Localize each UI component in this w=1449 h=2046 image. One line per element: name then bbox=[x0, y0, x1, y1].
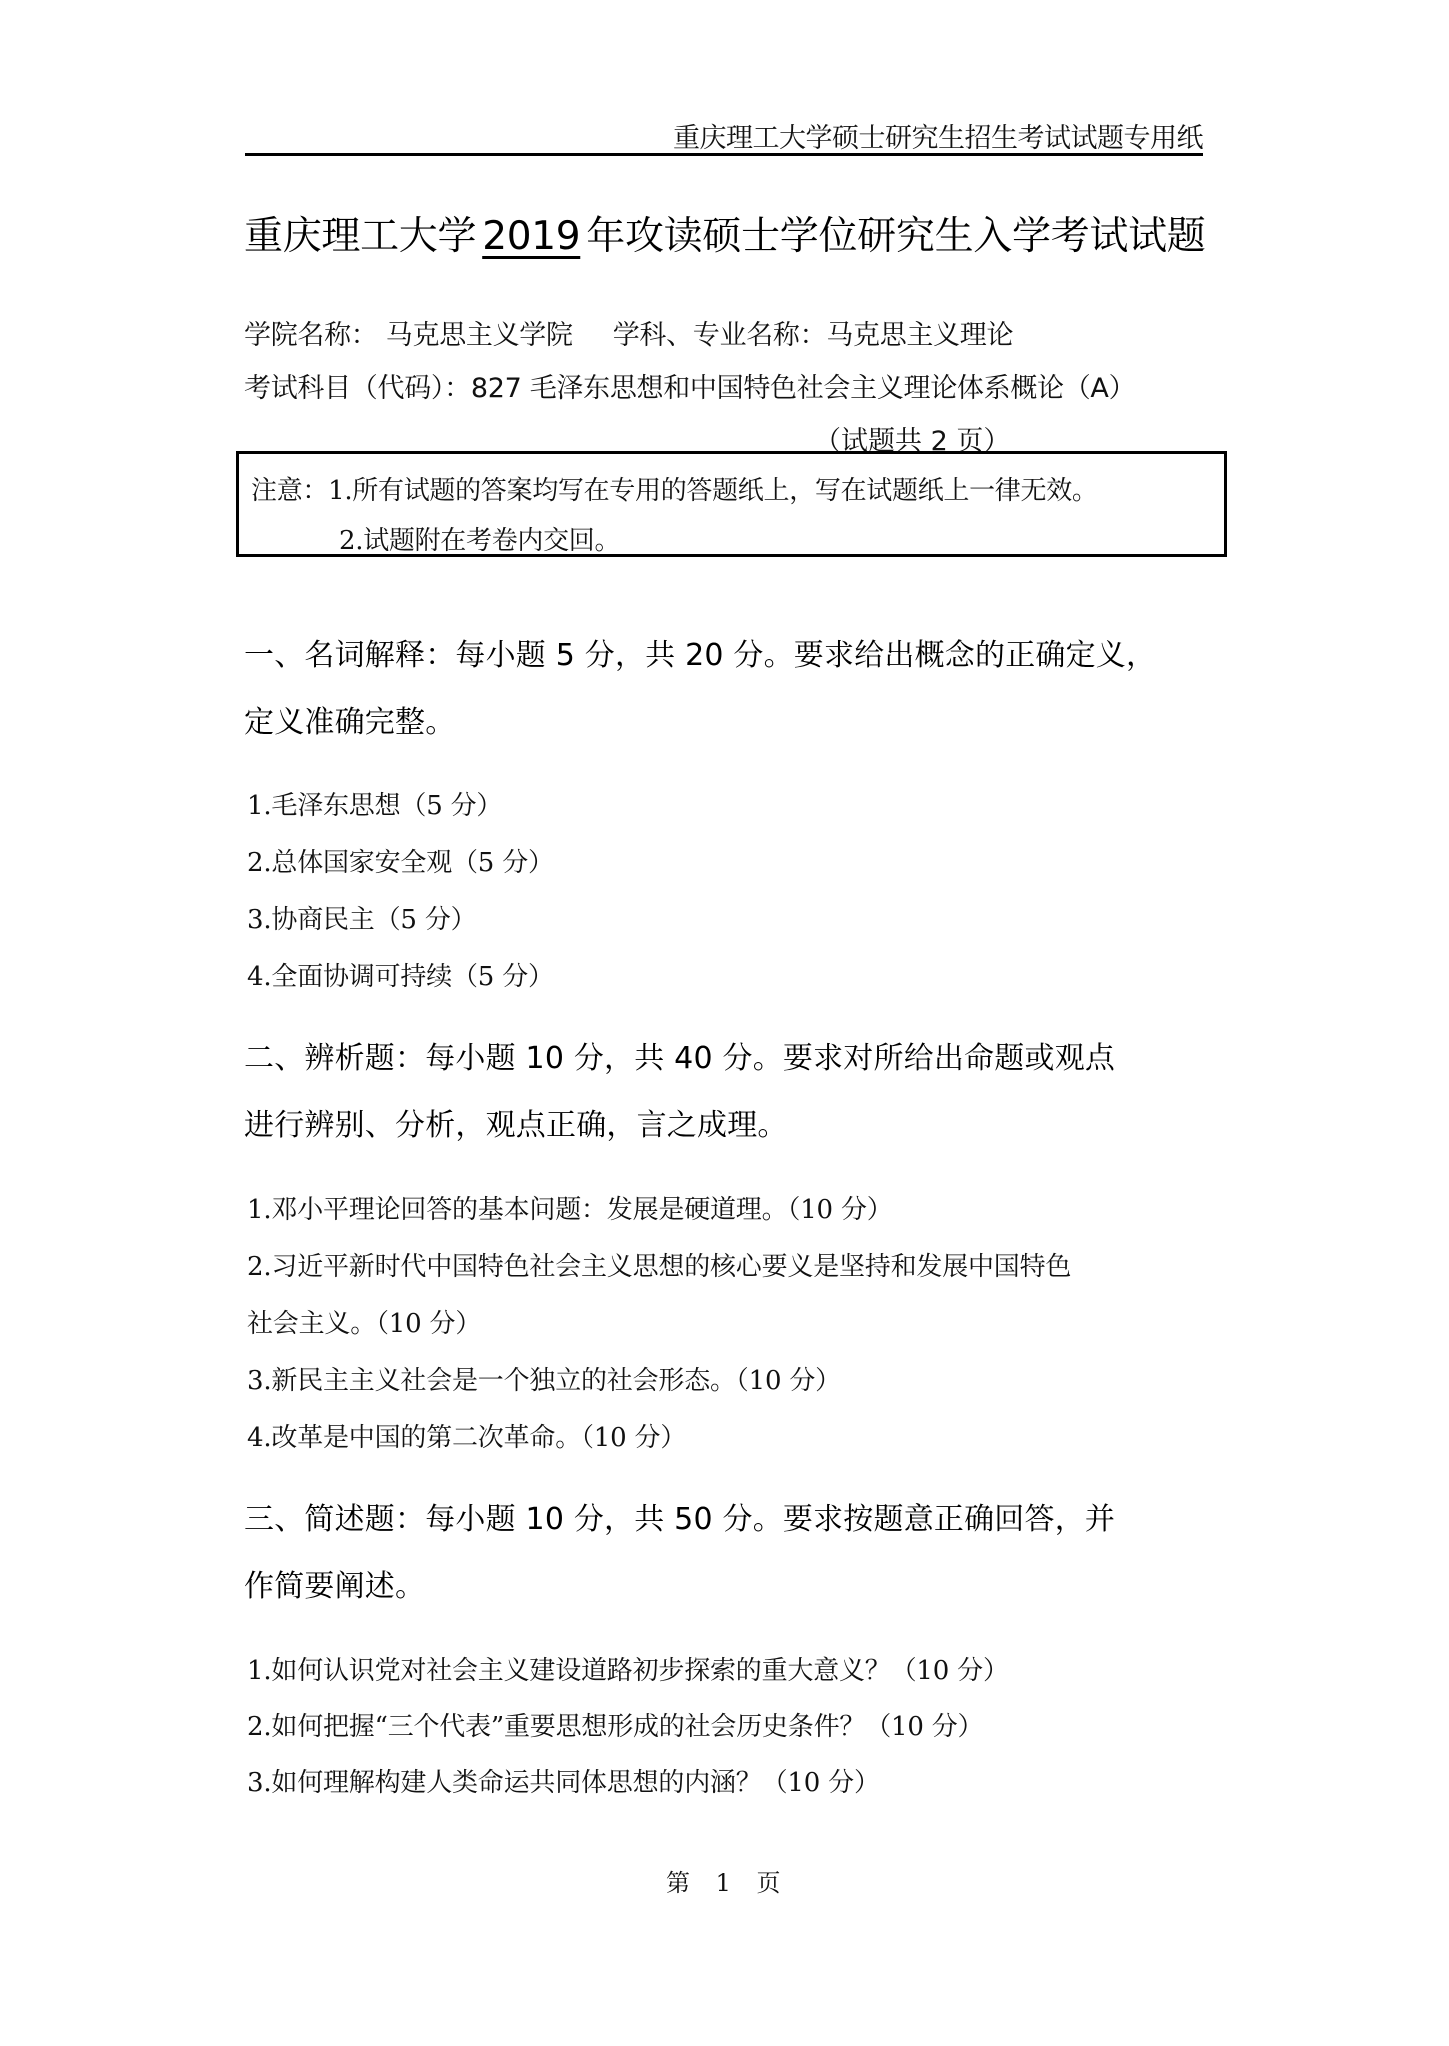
college-and-major-line: 学院名称： 马克思主义学院学科、专业名称：马克思主义理论 bbox=[244, 313, 1013, 352]
question-3-2: 2.如何把握“三个代表”重要思想形成的社会历史条件？（10 分） bbox=[247, 1706, 983, 1743]
section-2-heading: 二、辨析题：每小题 10 分，共 40 分。要求对所给出命题或观点 bbox=[244, 1033, 1115, 1077]
exam-title: 重庆理工大学2019年攻读硕士学位研究生入学考试试题 bbox=[244, 205, 1205, 261]
title-suffix: 年攻读硕士学位研究生入学考试试题 bbox=[586, 214, 1205, 259]
title-prefix: 重庆理工大学 bbox=[244, 214, 476, 259]
question-1-3: 3.协商民主（5 分） bbox=[247, 899, 476, 936]
question-3-3: 3.如何理解构建人类命运共同体思想的内涵？（10 分） bbox=[247, 1762, 880, 1799]
section-1-heading: 一、名词解释：每小题 5 分，共 20 分。要求给出概念的正确定义， bbox=[244, 630, 1156, 674]
section-3-heading: 三、简述题：每小题 10 分，共 50 分。要求按题意正确回答，并 bbox=[244, 1494, 1115, 1538]
college-label: 学院名称： bbox=[244, 320, 378, 351]
major-value: 马克思主义理论 bbox=[826, 320, 1013, 351]
question-2-2-cont: 社会主义。（10 分） bbox=[247, 1303, 481, 1340]
question-3-1: 1.如何认识党对社会主义建设道路初步探索的重大意义？（10 分） bbox=[247, 1650, 1009, 1687]
running-header: 重庆理工大学硕士研究生招生考试试题专用纸 bbox=[673, 116, 1203, 155]
question-2-2: 2.习近平新时代中国特色社会主义思想的核心要义是坚持和发展中国特色 bbox=[247, 1246, 1071, 1283]
subject-line: 考试科目（代码）：827 毛泽东思想和中国特色社会主义理论体系概论（A） bbox=[244, 366, 1135, 405]
major-label: 学科、专业名称： bbox=[613, 320, 827, 351]
question-2-1: 1.邓小平理论回答的基本问题：发展是硬道理。（10 分） bbox=[247, 1189, 893, 1226]
notice-line-2: 2.试题附在考卷内交回。 bbox=[339, 520, 620, 557]
title-year: 2019 bbox=[476, 214, 586, 259]
question-1-4: 4.全面协调可持续（5 分） bbox=[247, 956, 554, 993]
subject-value: 827 毛泽东思想和中国特色社会主义理论体系概论（A） bbox=[471, 373, 1136, 404]
question-2-3: 3.新民主主义社会是一个独立的社会形态。（10 分） bbox=[247, 1360, 841, 1397]
section-3-heading-cont: 作简要阐述。 bbox=[244, 1561, 425, 1605]
section-1-heading-cont: 定义准确完整。 bbox=[244, 697, 455, 741]
page-number: 第 1 页 bbox=[666, 1863, 781, 1898]
header-rule bbox=[245, 153, 1203, 156]
subject-label: 考试科目（代码）： bbox=[244, 373, 471, 404]
section-2-heading-cont: 进行辨别、分析，观点正确，言之成理。 bbox=[244, 1100, 788, 1144]
notice-line-1: 注意：1.所有试题的答案均写在专用的答题纸上，写在试题纸上一律无效。 bbox=[251, 470, 1098, 507]
college-value: 马克思主义学院 bbox=[386, 320, 573, 351]
question-2-4: 4.改革是中国的第二次革命。（10 分） bbox=[247, 1417, 686, 1454]
question-1-1: 1.毛泽东思想（5 分） bbox=[247, 785, 502, 822]
question-1-2: 2.总体国家安全观（5 分） bbox=[247, 842, 554, 879]
